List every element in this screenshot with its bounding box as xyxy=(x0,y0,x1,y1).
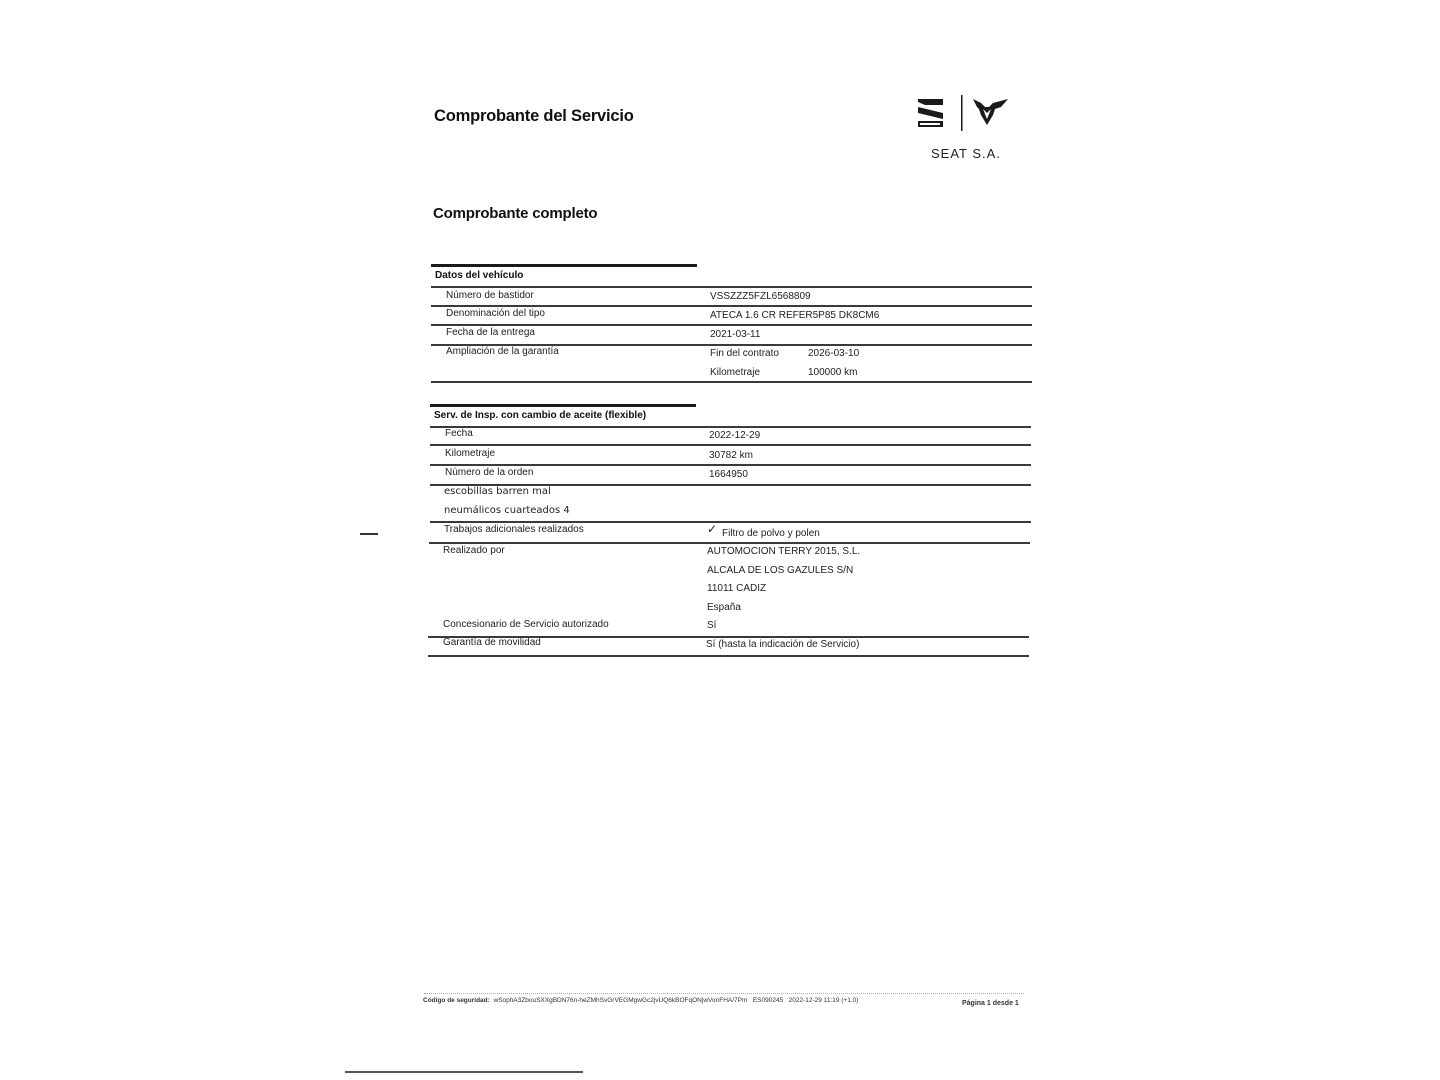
section-bar xyxy=(430,404,696,407)
section-bar xyxy=(431,264,697,267)
label-service-date: Fecha xyxy=(445,428,473,439)
checkmark-icon: ✓ xyxy=(707,522,717,536)
footer-dotted-line xyxy=(424,993,1024,995)
label-contract-end: Fin del contrato xyxy=(710,348,779,359)
dealer-country: España xyxy=(707,602,741,613)
divider xyxy=(428,655,1029,657)
label-warranty-km: Kilometraje xyxy=(710,367,760,378)
divider xyxy=(430,464,1031,466)
value-vin: VSSZZZ5FZL6568809 xyxy=(710,291,811,302)
label-performed-by: Realizado por xyxy=(443,545,505,556)
label-additional-work: Trabajos adicionales realizados xyxy=(444,524,584,535)
dealer-street: ALCALA DE LOS GAZULES S/N xyxy=(707,565,853,576)
value-authorized-dealer: Sí xyxy=(707,620,716,631)
document-title: Comprobante del Servicio xyxy=(434,107,634,126)
margin-mark xyxy=(360,533,378,535)
value-order-number: 1664950 xyxy=(709,469,748,480)
security-code: wSophA3ZbouSXXgBDN76n-heZMhSvGrVEGMgwGc2… xyxy=(493,997,747,1004)
divider xyxy=(430,521,1031,523)
page-number: Página 1 desde 1 xyxy=(962,1000,1019,1007)
divider xyxy=(429,542,1030,544)
value-contract-end: 2026-03-10 xyxy=(808,348,859,359)
value-additional-work: Filtro de polvo y polen xyxy=(722,528,820,539)
divider xyxy=(430,426,1031,428)
brand-logos xyxy=(915,93,1010,133)
label-delivery-date: Fecha de la entrega xyxy=(446,327,535,338)
brand-name: SEAT S.A. xyxy=(931,146,1001,161)
value-mobility-guarantee: Sí (hasta la indicación de Servicio) xyxy=(706,639,859,650)
dealer-city: 11011 CADIZ xyxy=(707,583,766,594)
label-type: Denominación del tipo xyxy=(446,308,545,319)
divider xyxy=(431,381,1032,383)
document-subtitle: Comprobante completo xyxy=(433,205,597,222)
label-warranty-extension: Ampliación de la garantía xyxy=(446,346,559,357)
timestamp: 2022-12-29 11:19 (+1.0) xyxy=(789,997,859,1004)
label-order-number: Número de la orden xyxy=(445,467,533,478)
divider xyxy=(431,324,1032,326)
cupra-logo-icon xyxy=(973,99,1008,125)
security-code-label: Código de seguridad: xyxy=(423,997,490,1004)
value-service-km: 30782 km xyxy=(709,450,753,461)
scan-edge-line xyxy=(345,1071,583,1073)
label-vin: Número de bastidor xyxy=(446,290,534,301)
note-wipers: escobillas barren mal xyxy=(444,486,551,497)
seat-logo-icon xyxy=(915,93,1010,133)
reference-code: ES090245 xyxy=(753,997,783,1004)
label-service-km: Kilometraje xyxy=(445,448,495,459)
value-type: ATECA 1.6 CR REFER5P85 DK8CM6 xyxy=(710,310,879,321)
divider xyxy=(431,286,1032,288)
label-mobility-guarantee: Garantía de movilidad xyxy=(443,637,541,648)
security-code-line: Código de seguridad: wSophA3ZbouSXXgBDN7… xyxy=(423,997,858,1004)
value-delivery-date: 2021-03-11 xyxy=(710,329,760,340)
value-warranty-km: 100000 km xyxy=(808,367,857,378)
divider xyxy=(431,305,1032,307)
section-title-vehicle: Datos del vehículo xyxy=(435,270,523,281)
divider xyxy=(430,444,1031,446)
dealer-name: AUTOMOCION TERRY 2015, S.L. xyxy=(707,546,860,557)
section-title-service: Serv. de Insp. con cambio de aceite (fle… xyxy=(434,410,646,421)
label-authorized-dealer: Concesionario de Servicio autorizado xyxy=(443,619,609,630)
value-service-date: 2022-12-29 xyxy=(709,430,760,441)
note-tyres: neumálicos cuarteados 4 xyxy=(444,505,570,516)
